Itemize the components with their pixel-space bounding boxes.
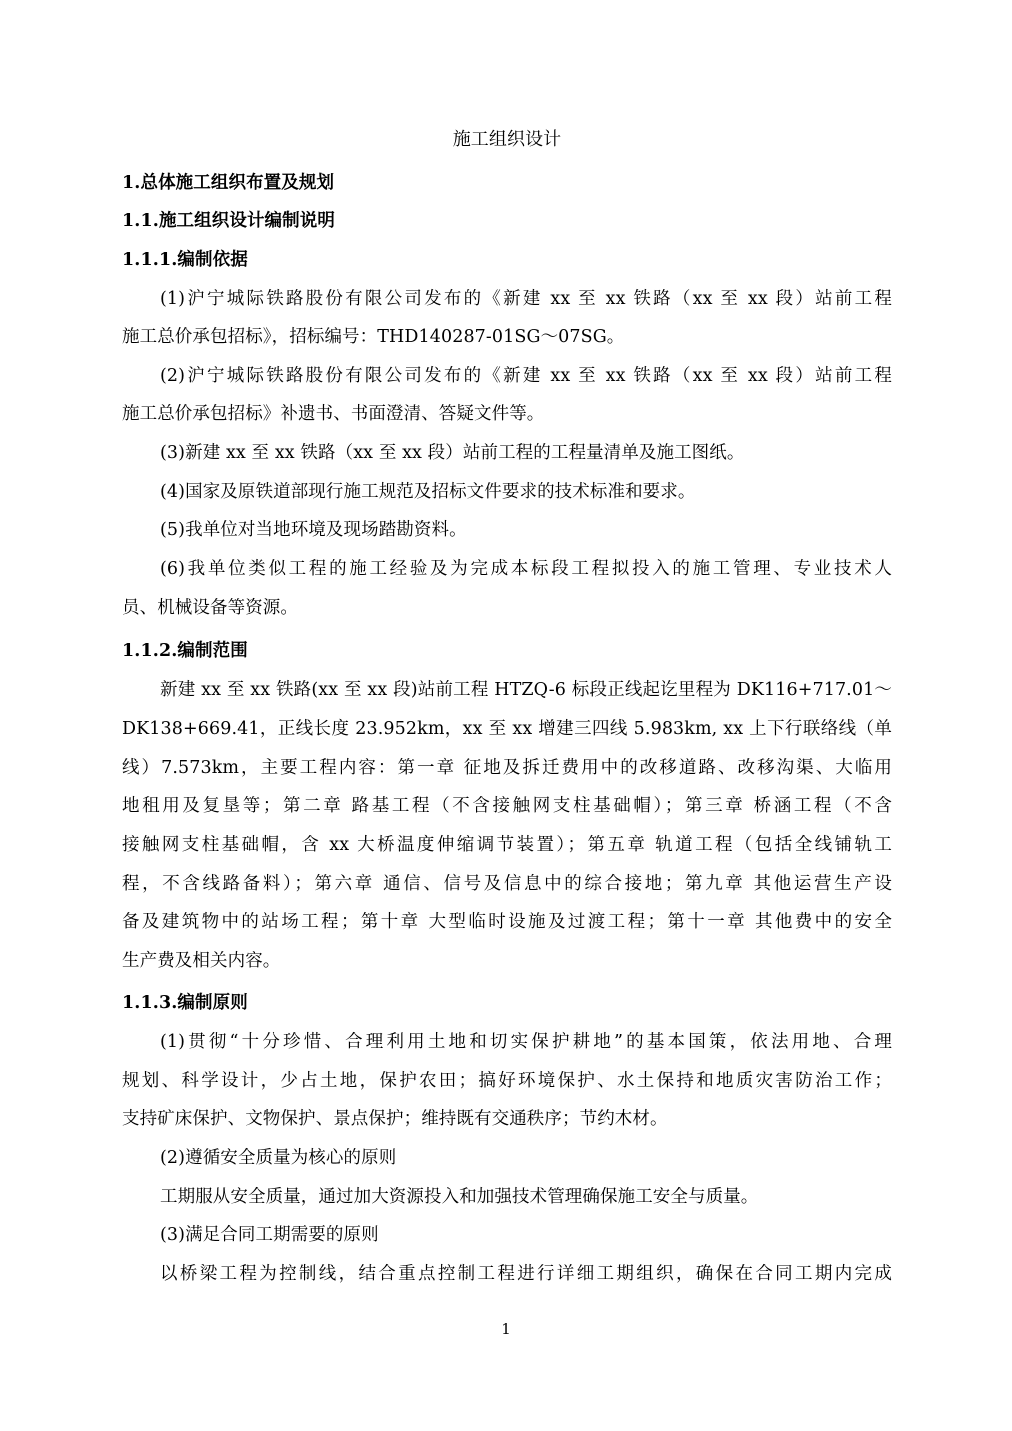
- basis-1-line1: (1)沪宁城际铁路股份有限公司发布的《新建 xx 至 xx 铁路（xx 至 xx…: [160, 287, 892, 311]
- heading-1: 1.总体施工组织布置及规划: [122, 171, 334, 195]
- document-title: 施工组织设计: [122, 128, 892, 152]
- page-number: 1: [0, 1320, 1012, 1338]
- basis-2-line2: 施工总价承包招标》补遗书、书面澄清、答疑文件等。: [122, 402, 544, 426]
- principle-1-line2: 规划、科学设计，少占土地，保护农田；搞好环境保护、水土保持和地质灾害防治工作；: [122, 1069, 892, 1093]
- scope-line-5: 接触网支柱基础帽，含 xx 大桥温度伸缩调节装置）；第五章 轨道工程（包括全线铺…: [122, 833, 892, 857]
- scope-line-6: 程，不含线路备料）；第六章 通信、信号及信息中的综合接地；第九章 其他运营生产设: [122, 872, 892, 896]
- scope-line-7: 备及建筑物中的站场工程；第十章 大型临时设施及过渡工程；第十一章 其他费中的安全: [122, 910, 892, 934]
- heading-1-1: 1.1.施工组织设计编制说明: [122, 209, 335, 233]
- principle-2-text: 工期服从安全质量，通过加大资源投入和加强技术管理确保施工安全与质量。: [160, 1185, 758, 1209]
- scope-line-4: 地租用及复垦等；第二章 路基工程（不含接触网支柱基础帽）；第三章 桥涵工程（不含: [122, 794, 892, 818]
- heading-1-1-2: 1.1.2.编制范围: [122, 639, 248, 663]
- scope-line-3: 线）7.573km，主要工程内容：第一章 征地及拆迁费用中的改移道路、改移沟渠、…: [122, 756, 892, 780]
- principle-3-title: (3)满足合同工期需要的原则: [160, 1223, 379, 1247]
- heading-1-1-1: 1.1.1.编制依据: [122, 248, 248, 272]
- basis-5: (5)我单位对当地环境及现场踏勘资料。: [160, 518, 467, 542]
- scope-line-1: 新建 xx 至 xx 铁路(xx 至 xx 段)站前工程 HTZQ-6 标段正线…: [160, 678, 892, 702]
- basis-6-line2: 员、机械设备等资源。: [122, 596, 298, 620]
- principle-1-line3: 支持矿床保护、文物保护、景点保护；维持既有交通秩序；节约木材。: [122, 1107, 668, 1131]
- basis-6-line1: (6)我单位类似工程的施工经验及为完成本标段工程拟投入的施工管理、专业技术人: [160, 557, 892, 581]
- basis-3: (3)新建 xx 至 xx 铁路（xx 至 xx 段）站前工程的工程量清单及施工…: [160, 441, 744, 465]
- principle-2-title: (2)遵循安全质量为核心的原则: [160, 1146, 396, 1170]
- basis-4: (4)国家及原铁道部现行施工规范及招标文件要求的技术标准和要求。: [160, 480, 696, 504]
- heading-1-1-3: 1.1.3.编制原则: [122, 991, 248, 1015]
- principle-3-text: 以桥梁工程为控制线，结合重点控制工程进行详细工期组织，确保在合同工期内完成: [160, 1262, 892, 1286]
- basis-1-line2: 施工总价承包招标》，招标编号：THD140287-01SG～07SG。: [122, 325, 624, 349]
- scope-line-2: DK138+669.41，正线长度 23.952km，xx 至 xx 增建三四线…: [122, 717, 892, 741]
- principle-1-line1: (1)贯彻“十分珍惜、合理利用土地和切实保护耕地”的基本国策，依法用地、合理: [160, 1030, 892, 1054]
- scope-line-8: 生产费及相关内容。: [122, 949, 280, 973]
- basis-2-line1: (2)沪宁城际铁路股份有限公司发布的《新建 xx 至 xx 铁路（xx 至 xx…: [160, 364, 892, 388]
